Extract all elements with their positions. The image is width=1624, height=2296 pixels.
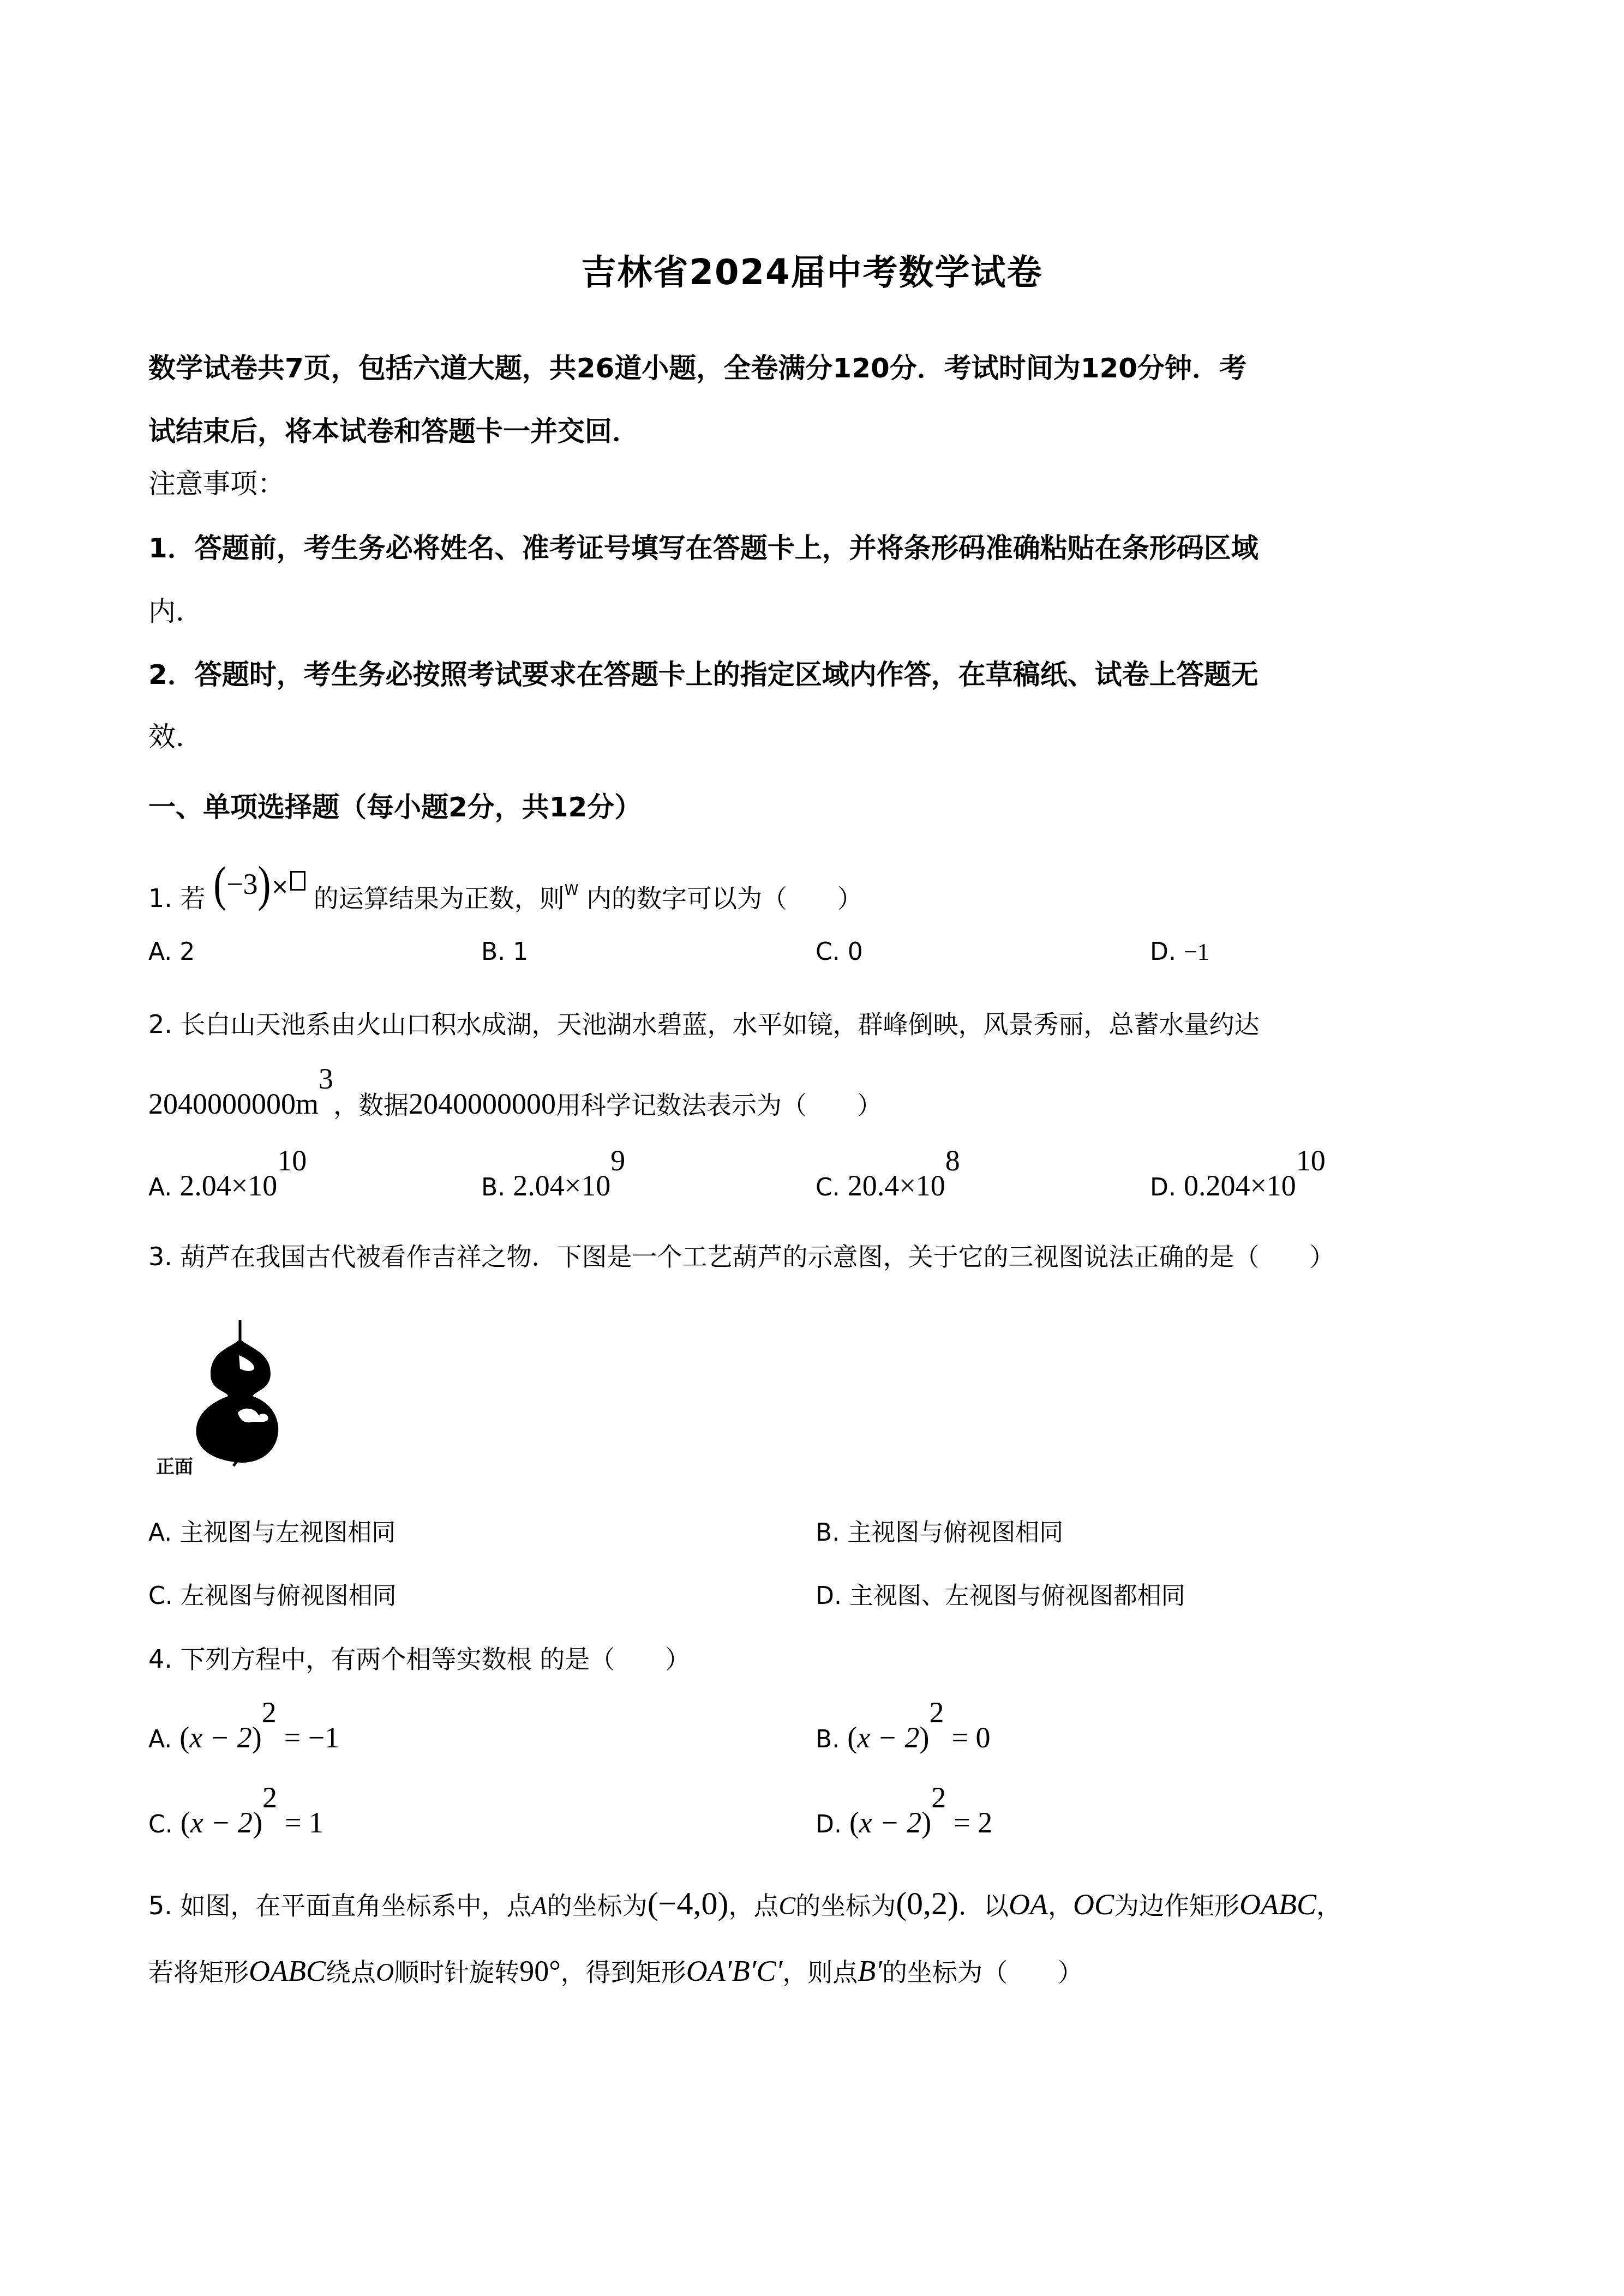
q3-option-b: B. 主视图与俯视图相同	[816, 1513, 1063, 1548]
question-2-line-1: 2. 长白山天池系由火山口积水成湖，天池湖水碧蓝，水平如镜，群峰倒映，风景秀丽，…	[148, 1005, 1260, 1041]
section-heading-single-choice: 一、单项选择题（每小题2分，共12分）	[148, 785, 642, 825]
q4-option-b: B. (x − 2)2 = 0	[816, 1712, 991, 1754]
q2-option-d: D. 0.204×1010	[1150, 1161, 1326, 1203]
q1-suffix: 内的数字可以为（ ）	[586, 883, 862, 913]
q1-option-d: D. −1	[1150, 938, 1209, 966]
q4-option-a: A. (x − 2)2 = −1	[148, 1712, 339, 1754]
question-5-line-2: 若将矩形OABC绕点O顺时针旋转90°，得到矩形OA′B′C′，则点B′的坐标为…	[148, 1952, 1083, 1988]
question-5-line-1: 5. 如图，在平面直角坐标系中，点A的坐标为(−4,0)，点C的坐标为(0,2)…	[148, 1885, 1341, 1922]
q2-option-b: B. 2.04×109	[481, 1161, 625, 1203]
page-title: 吉林省2024届中考数学试卷	[0, 244, 1624, 294]
q1-number: 1.	[148, 883, 172, 913]
notice-2-line-2: 效．	[148, 723, 203, 750]
q3-option-a: A. 主视图与左视图相同	[148, 1513, 395, 1548]
question-1: 1. 若 (−3)× 的运算结果为正数，则W 内的数字可以为（ ）	[148, 862, 862, 915]
q1-expression: (−3)×	[213, 862, 305, 907]
q3-option-c: C. 左视图与俯视图相同	[148, 1576, 397, 1611]
question-3: 3. 葫芦在我国古代被看作吉祥之物．下图是一个工艺葫芦的示意图，关于它的三视图说…	[148, 1237, 1335, 1273]
blank-box-icon	[290, 871, 305, 891]
gourd-figure: 正面	[152, 1309, 315, 1483]
q1-option-c: C. 0	[816, 938, 863, 966]
intro-line-2: 试结束后，将本试卷和答题卡一并交回．	[148, 418, 639, 445]
q1-option-a: A. 2	[148, 938, 195, 966]
question-4: 4. 下列方程中，有两个相等实数根 的是（ ）	[148, 1639, 690, 1675]
notice-1-line-1: 1．答题前，考生务必将姓名、准考证号填写在答题卡上，并将条形码准确粘贴在条形码区…	[148, 534, 1259, 562]
q2-option-a: A. 2.04×1010	[148, 1161, 307, 1203]
notice-1-line-2: 内．	[148, 598, 203, 625]
q1-middle: 的运算结果为正数，则	[314, 883, 565, 913]
question-2-line-2: 2040000000m3，数据2040000000用科学记数法表示为（ ）	[148, 1079, 882, 1121]
q4-option-c: C. (x − 2)2 = 1	[148, 1798, 323, 1840]
q1-prefix: 若	[181, 883, 206, 913]
q1-option-b: B. 1	[481, 938, 528, 966]
intro-line-1: 数学试卷共7页，包括六道大题，共26道小题，全卷满分120分．考试时间为120分…	[148, 354, 1247, 382]
q2-option-c: C. 20.4×108	[816, 1161, 960, 1203]
notice-2-line-1: 2．答题时，考生务必按照考试要求在答题卡上的指定区域内作答，在草稿纸、试卷上答题…	[148, 661, 1259, 688]
q3-option-d: D. 主视图、左视图与俯视图都相同	[816, 1576, 1185, 1611]
q1-glyph: W	[565, 882, 579, 899]
figure-label-front: 正面	[156, 1452, 193, 1478]
q4-option-d: D. (x − 2)2 = 2	[816, 1798, 992, 1840]
notice-heading: 注意事项：	[148, 470, 285, 497]
